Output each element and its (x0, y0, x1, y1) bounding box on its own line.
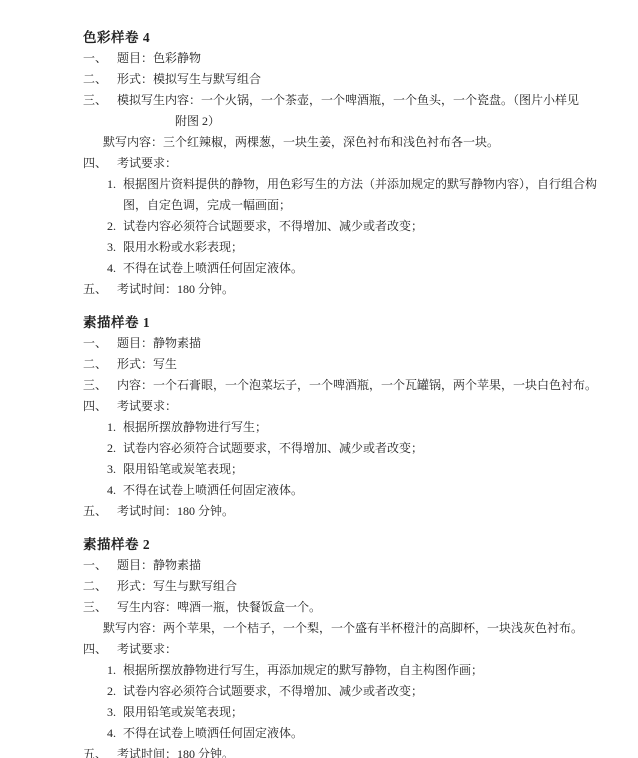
number-marker: 2. (107, 438, 123, 459)
list-item: 二、 形式：写生 (83, 354, 638, 375)
list-item-text: 模拟写生内容：一个火锅，一个茶壶，一个啤酒瓶，一个鱼头，一个瓷盘。（图片小样见 (117, 90, 638, 111)
list-item: 三、 写生内容：啤酒一瓶，快餐饭盒一个。 (83, 597, 638, 618)
number-marker: 2. (107, 216, 123, 237)
recite-content-line: 默写内容：三个红辣椒，两棵葱，一块生姜，深色衬布和浅色衬布各一块。 (103, 132, 638, 153)
numbered-item: 2. 试卷内容必须符合试题要求，不得增加、减少或者改变； (107, 216, 638, 237)
numbered-item-text: 试卷内容必须符合试题要求，不得增加、减少或者改变； (123, 438, 623, 459)
list-item-text: 形式：写生与默写组合 (117, 576, 638, 597)
list-marker: 三、 (83, 375, 117, 396)
list-item-text: 考试时间：180 分钟。 (117, 501, 638, 522)
section-heading: 色彩样卷 4 (83, 27, 638, 48)
numbered-item: 3. 限用铅笔或炭笔表现； (107, 459, 638, 480)
numbered-item: 3. 限用铅笔或炭笔表现； (107, 702, 638, 723)
numbered-item-text: 限用铅笔或炭笔表现； (123, 459, 623, 480)
list-item-text: 考试时间：180 分钟。 (117, 744, 638, 758)
numbered-item-text: 根据所摆放静物进行写生，再添加规定的默写静物，自主构图作画； (123, 660, 623, 681)
numbered-item: 3. 限用水粉或水彩表现； (107, 237, 638, 258)
list-marker: 一、 (83, 555, 117, 576)
section-heading: 素描样卷 1 (83, 312, 638, 333)
number-marker: 4. (107, 258, 123, 279)
list-marker: 五、 (83, 744, 117, 758)
list-item-text: 写生内容：啤酒一瓶，快餐饭盒一个。 (117, 597, 638, 618)
list-item: 五、 考试时间：180 分钟。 (83, 279, 638, 300)
list-item: 二、 形式：写生与默写组合 (83, 576, 638, 597)
list-marker: 二、 (83, 69, 117, 90)
recite-content-line: 默写内容：两个苹果，一个桔子，一个梨，一个盛有半杯橙汁的高脚杯，一块浅灰色衬布。 (103, 618, 638, 639)
list-item-text: 考试要求： (117, 639, 638, 660)
numbered-item: 4. 不得在试卷上喷洒任何固定液体。 (107, 480, 638, 501)
list-marker: 三、 (83, 597, 117, 618)
list-item: 二、 形式：模拟写生与默写组合 (83, 69, 638, 90)
list-item: 四、 考试要求： (83, 396, 638, 417)
numbered-item-text: 不得在试卷上喷洒任何固定液体。 (123, 723, 623, 744)
numbered-item-text: 试卷内容必须符合试题要求，不得增加、减少或者改变； (123, 216, 623, 237)
attachment-reference: 附图 2） (175, 111, 638, 132)
list-item: 三、 内容：一个石膏眼，一个泡菜坛子，一个啤酒瓶，一个瓦罐锅，两个苹果，一块白色… (83, 375, 638, 396)
list-marker: 四、 (83, 639, 117, 660)
section-heading: 素描样卷 2 (83, 534, 638, 555)
numbered-item: 4. 不得在试卷上喷洒任何固定液体。 (107, 258, 638, 279)
list-marker: 四、 (83, 153, 117, 174)
list-item-text: 题目：静物素描 (117, 333, 638, 354)
list-marker: 五、 (83, 501, 117, 522)
numbered-item-text: 不得在试卷上喷洒任何固定液体。 (123, 258, 623, 279)
list-item: 四、 考试要求： (83, 639, 638, 660)
list-item-text: 考试要求： (117, 396, 638, 417)
list-item-text: 考试要求： (117, 153, 638, 174)
section-sketch-sample-1: 素描样卷 1 一、 题目：静物素描 二、 形式：写生 三、 内容：一个石膏眼，一… (0, 312, 638, 522)
numbered-item: 2. 试卷内容必须符合试题要求，不得增加、减少或者改变； (107, 681, 638, 702)
list-item-text: 题目：静物素描 (117, 555, 638, 576)
numbered-item-text: 试卷内容必须符合试题要求，不得增加、减少或者改变； (123, 681, 623, 702)
list-marker: 三、 (83, 90, 117, 111)
list-marker: 二、 (83, 354, 117, 375)
list-marker: 一、 (83, 48, 117, 69)
numbered-item: 2. 试卷内容必须符合试题要求，不得增加、减少或者改变； (107, 438, 638, 459)
number-marker: 1. (107, 417, 123, 438)
number-marker: 3. (107, 237, 123, 258)
list-marker: 二、 (83, 576, 117, 597)
list-item-text: 形式：写生 (117, 354, 638, 375)
list-item-text: 形式：模拟写生与默写组合 (117, 69, 638, 90)
number-marker: 1. (107, 660, 123, 681)
numbered-item: 4. 不得在试卷上喷洒任何固定液体。 (107, 723, 638, 744)
list-marker: 一、 (83, 333, 117, 354)
list-item: 三、 模拟写生内容：一个火锅，一个茶壶，一个啤酒瓶，一个鱼头，一个瓷盘。（图片小… (83, 90, 638, 111)
list-item-text: 题目：色彩静物 (117, 48, 638, 69)
list-item: 一、 题目：色彩静物 (83, 48, 638, 69)
list-item: 五、 考试时间：180 分钟。 (83, 744, 638, 758)
numbered-item-text: 根据图片资料提供的静物，用色彩写生的方法（并添加规定的默写静物内容），自行组合构… (123, 174, 623, 216)
number-marker: 1. (107, 174, 123, 216)
number-marker: 3. (107, 702, 123, 723)
list-item: 五、 考试时间：180 分钟。 (83, 501, 638, 522)
document-page: 色彩样卷 4 一、 题目：色彩静物 二、 形式：模拟写生与默写组合 三、 模拟写… (0, 0, 638, 758)
numbered-item-text: 限用水粉或水彩表现； (123, 237, 623, 258)
numbered-item: 1. 根据所摆放静物进行写生，再添加规定的默写静物，自主构图作画； (107, 660, 638, 681)
number-marker: 3. (107, 459, 123, 480)
list-marker: 四、 (83, 396, 117, 417)
list-item: 四、 考试要求： (83, 153, 638, 174)
number-marker: 2. (107, 681, 123, 702)
numbered-item-text: 不得在试卷上喷洒任何固定液体。 (123, 480, 623, 501)
list-item: 一、 题目：静物素描 (83, 333, 638, 354)
section-color-sample-4: 色彩样卷 4 一、 题目：色彩静物 二、 形式：模拟写生与默写组合 三、 模拟写… (0, 27, 638, 300)
numbered-item-text: 根据所摆放静物进行写生； (123, 417, 623, 438)
list-item-text: 内容：一个石膏眼，一个泡菜坛子，一个啤酒瓶，一个瓦罐锅，两个苹果，一块白色衬布。 (117, 375, 638, 396)
list-marker: 五、 (83, 279, 117, 300)
list-item: 一、 题目：静物素描 (83, 555, 638, 576)
numbered-item-text: 限用铅笔或炭笔表现； (123, 702, 623, 723)
number-marker: 4. (107, 480, 123, 501)
section-sketch-sample-2: 素描样卷 2 一、 题目：静物素描 二、 形式：写生与默写组合 三、 写生内容：… (0, 534, 638, 758)
number-marker: 4. (107, 723, 123, 744)
numbered-item: 1. 根据图片资料提供的静物，用色彩写生的方法（并添加规定的默写静物内容），自行… (107, 174, 638, 216)
list-item-text: 考试时间：180 分钟。 (117, 279, 638, 300)
numbered-item: 1. 根据所摆放静物进行写生； (107, 417, 638, 438)
